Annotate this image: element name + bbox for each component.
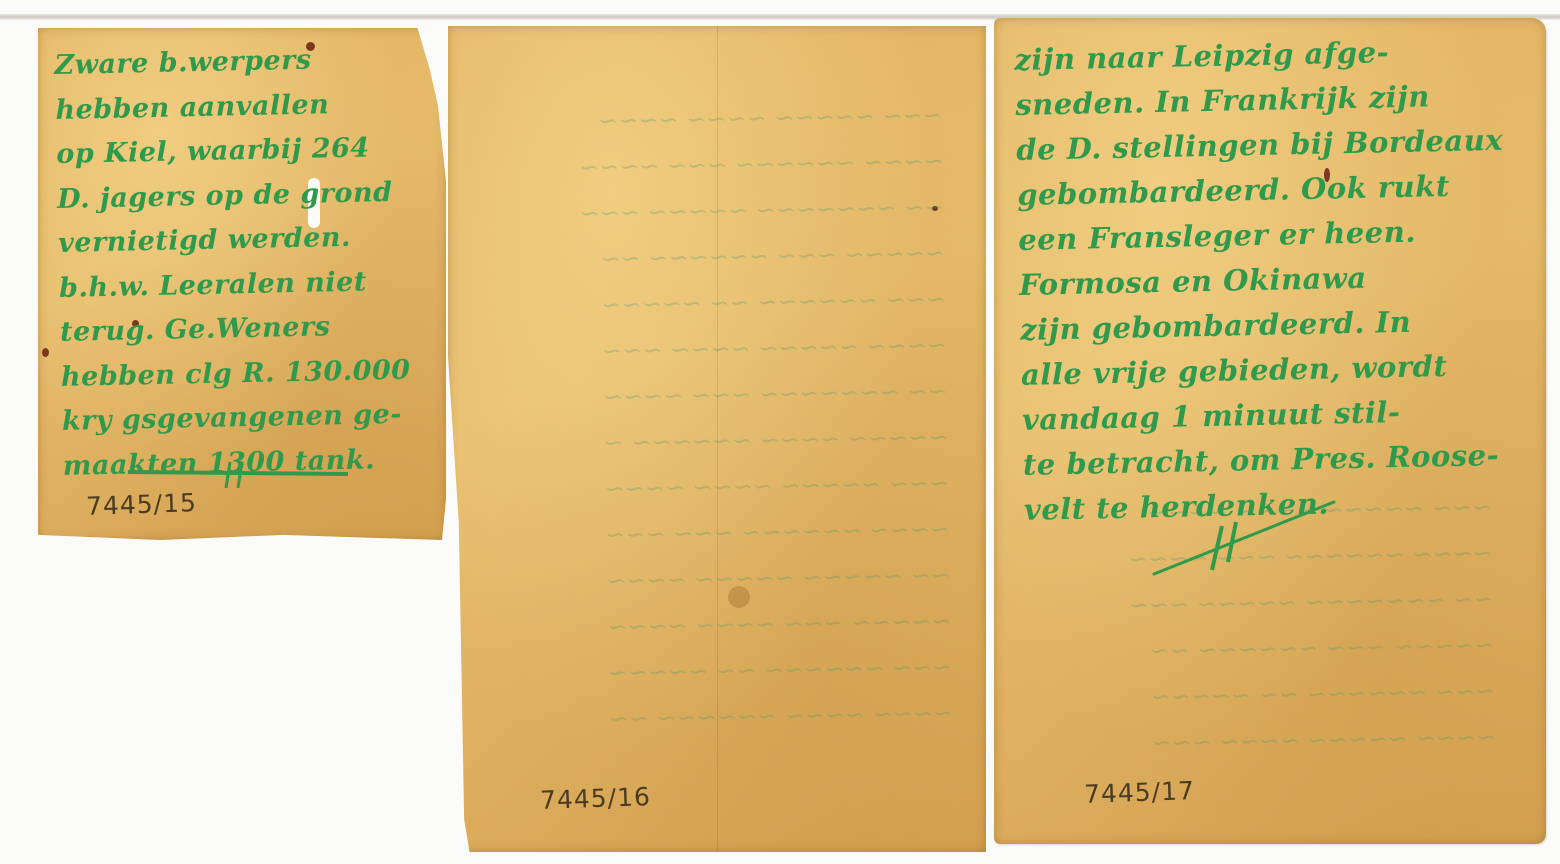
- text-line: hebben aanvallen: [55, 81, 405, 133]
- paper-slip-3: zijn naar Leipzig afge- sneden. In Frank…: [994, 18, 1546, 844]
- ink-stain: [42, 348, 49, 357]
- end-mark-icon: [128, 458, 348, 488]
- ink-bleed-through: ~~~ ~~~~~ ~~~~ ~~~~ ~~~~ ~~~~~~ ~~~ ~~~~…: [1022, 484, 1497, 768]
- catalog-number: 7445/15: [86, 488, 198, 521]
- text-line: Zware b.werpers: [54, 37, 404, 89]
- handwritten-text: Zware b.werpers hebben aanvallen op Kiel…: [54, 37, 413, 489]
- ink-bleed-through: ~~~ ~~~~~ ~~~~ ~~~~ ~~~~ ~~~~~~ ~~~ ~~~~…: [472, 92, 953, 744]
- handwritten-text: zijn naar Leipzig afge- sneden. In Frank…: [1014, 28, 1511, 533]
- text-line: op Kiel, waarbij 264: [56, 126, 406, 178]
- text-line: kry gsgevangenen ge-: [61, 393, 411, 445]
- paper-slip-1: Zware b.werpers hebben aanvallen op Kiel…: [38, 28, 446, 540]
- text-line: D. jagers op de grond: [57, 170, 407, 222]
- text-line: b.h.w. Leeralen niet: [59, 259, 409, 311]
- text-line: terug. Ge.Weners: [60, 304, 410, 356]
- catalog-number: 7445/16: [540, 782, 652, 815]
- catalog-number: 7445/17: [1084, 776, 1196, 809]
- paper-slip-2: ~~~ ~~~~~ ~~~~ ~~~~ ~~~~ ~~~~~~ ~~~ ~~~~…: [448, 26, 986, 852]
- text-line: vernietigd werden.: [58, 215, 408, 267]
- text-line: hebben clg R. 130.000: [61, 348, 411, 400]
